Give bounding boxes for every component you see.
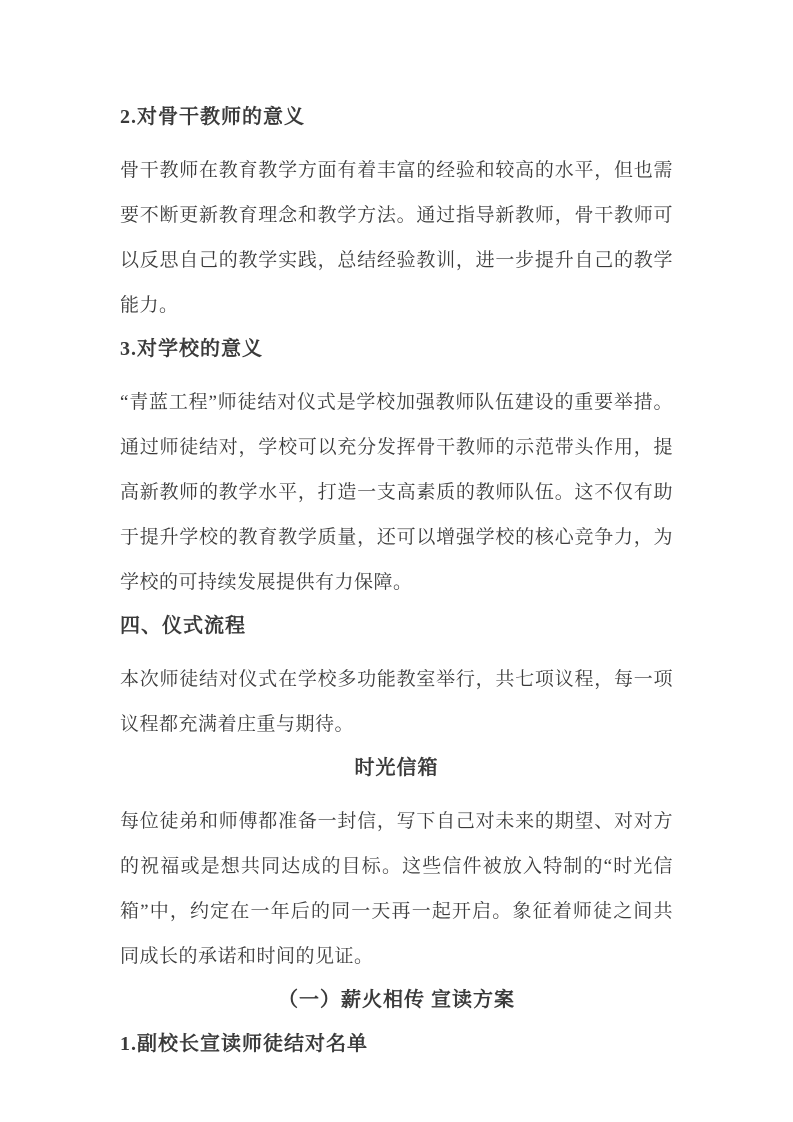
heading-time-mailbox: 时光信箱 [120,755,673,781]
heading-vice-principal-reads-pairing-list: 1.副校长宣读师徒结对名单 [120,1031,673,1057]
heading-significance-for-backbone-teachers: 2.对骨干教师的意义 [120,104,673,130]
heading-passing-the-torch-announce-plan: （一）薪火相传 宣读方案 [120,987,673,1013]
paragraph-school-significance: “青蓝工程”师徒结对仪式是学校加强教师队伍建设的重要举措。通过师徒结对，学校可以… [120,380,673,605]
heading-ceremony-process: 四、仪式流程 [120,613,673,639]
paragraph-backbone-teachers-significance: 骨干教师在教育教学方面有着丰富的经验和较高的水平，但也需要不断更新教育理念和教学… [120,148,673,328]
heading-significance-for-school: 3.对学校的意义 [120,336,673,362]
document-page: 2.对骨干教师的意义 骨干教师在教育教学方面有着丰富的经验和较高的水平，但也需要… [0,0,793,1122]
paragraph-time-mailbox-description: 每位徒弟和师傅都准备一封信，写下自己对未来的期望、对对方的祝福或是想共同达成的目… [120,799,673,979]
paragraph-ceremony-overview: 本次师徒结对仪式在学校多功能教室举行，共七项议程，每一项议程都充满着庄重与期待。 [120,657,673,747]
